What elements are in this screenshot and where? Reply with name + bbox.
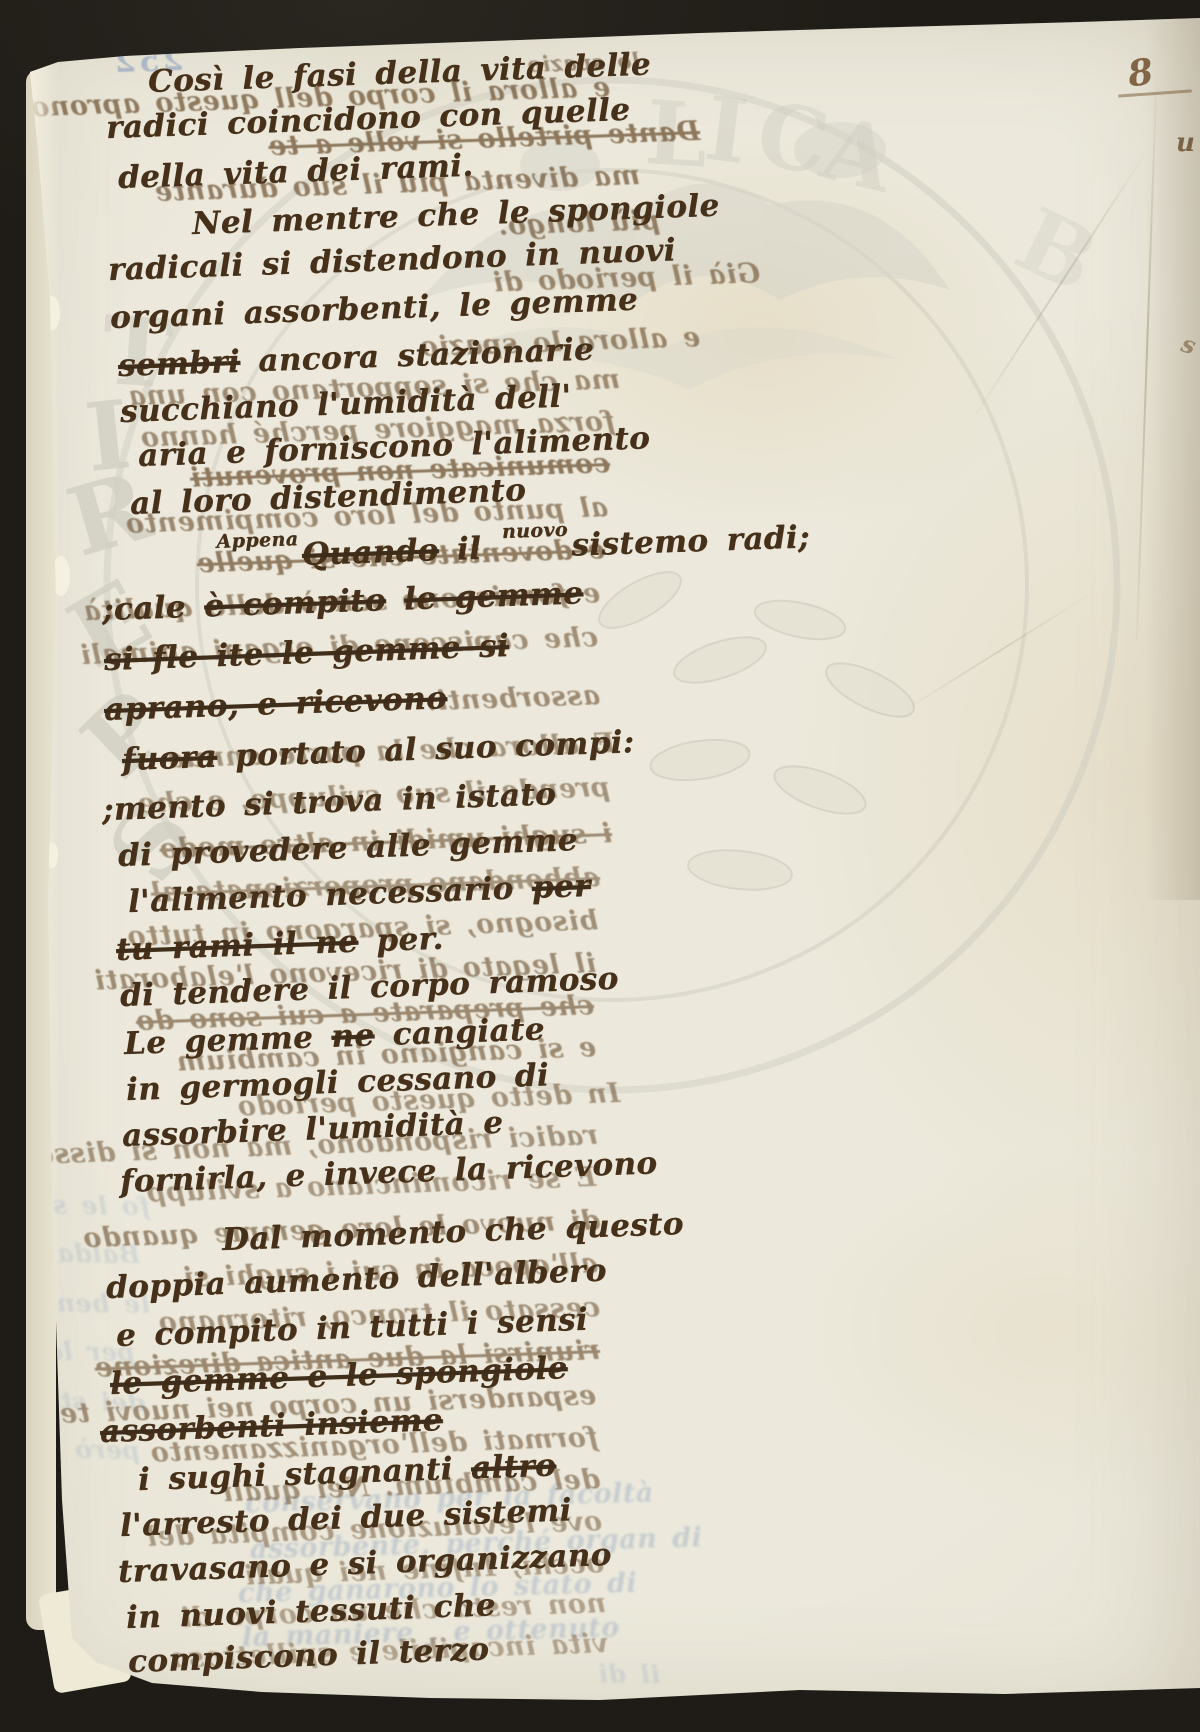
text-segment	[385, 581, 404, 618]
struck-word: le gemme	[403, 575, 583, 617]
text-segment: Le gemme	[123, 1019, 332, 1062]
text-segment: per.	[357, 921, 444, 960]
watermark-laurel-wreath	[591, 561, 921, 894]
struck-word: sembri	[117, 344, 240, 384]
text-segment: ;cale	[101, 588, 204, 628]
struck-word: è compito	[203, 582, 386, 624]
manuscript-page: 252 8 u s SPERITLICABlo spazioe allora i…	[0, 0, 1200, 1732]
struck-word: fuora	[121, 739, 217, 778]
inserted-word: nuovo	[501, 519, 568, 543]
struck-word: ne	[331, 1017, 375, 1054]
struck-word: altro	[470, 1447, 556, 1486]
struck-word: per	[531, 868, 591, 906]
text-segment: cangiate	[374, 1011, 546, 1053]
manuscript-scan: 252 8 u s SPERITLICABlo spazioe allora i…	[0, 0, 1200, 1732]
inserted-word: Appena	[216, 528, 299, 553]
bleedthrough-line: assorbenti.	[426, 680, 600, 717]
offset-blue-fragment: il di	[598, 1659, 661, 1689]
edge-pen-mark: u	[1176, 128, 1195, 158]
struck-word: Quando	[301, 532, 439, 573]
text-segment: il	[438, 530, 500, 568]
